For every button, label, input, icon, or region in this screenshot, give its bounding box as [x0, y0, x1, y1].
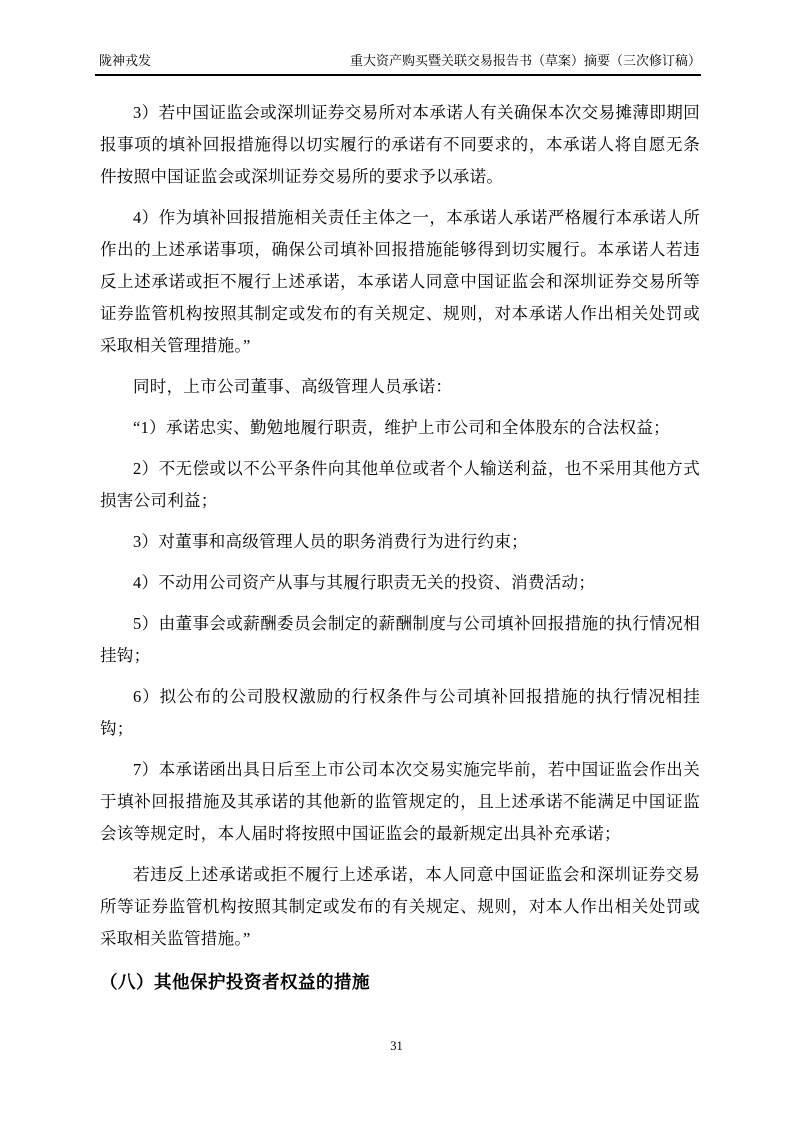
page-footer: 31: [0, 1038, 793, 1054]
body-paragraph: 2）不无偿或以不公平条件向其他单位或者个人输送利益，也不采用其他方式损害公司利益…: [100, 453, 700, 517]
body-paragraph: “1）承诺忠实、勤勉地履行职责，维护上市公司和全体股东的合法权益；: [100, 412, 700, 444]
body-paragraph: 6）拟公布的公司股权激励的行权条件与公司填补回报措施的执行情况相挂钩；: [100, 681, 700, 745]
body-paragraph: 3）对董事和高级管理人员的职务消费行为进行约束；: [100, 526, 700, 558]
body-paragraph: 若违反上述承诺或拒不履行上述承诺，本人同意中国证监会和深圳证券交易所等证券监管机…: [100, 859, 700, 955]
body-paragraph: 5）由董事会或薪酬委员会制定的薪酬制度与公司填补回报措施的执行情况相挂钩；: [100, 608, 700, 672]
body-paragraph: 3）若中国证监会或深圳证券交易所对本承诺人有关确保本次交易摊薄即期回报事项的填补…: [100, 97, 700, 193]
document-body: 3）若中国证监会或深圳证券交易所对本承诺人有关确保本次交易摊薄即期回报事项的填补…: [100, 97, 700, 997]
section-heading: （八）其他保护投资者权益的措施: [100, 967, 700, 997]
body-paragraph: 4）作为填补回报措施相关责任主体之一，本承诺人承诺严格履行本承诺人所作出的上述承…: [100, 202, 700, 362]
header-report-title: 重大资产购买暨关联交易报告书（草案）摘要（三次修订稿）: [350, 53, 701, 69]
page-number: 31: [390, 1039, 403, 1053]
body-paragraph: 4）不动用公司资产从事与其履行职责无关的投资、消费活动；: [100, 567, 700, 599]
page-header: 陇神戎发 重大资产购买暨关联交易报告书（草案）摘要（三次修订稿）: [95, 53, 701, 76]
body-paragraph: 同时，上市公司董事、高级管理人员承诺：: [100, 371, 700, 403]
header-company-name: 陇神戎发: [95, 53, 151, 69]
document-page: 陇神戎发 重大资产购买暨关联交易报告书（草案）摘要（三次修订稿） 3）若中国证监…: [0, 0, 793, 1122]
body-paragraph: 7）本承诺函出具日后至上市公司本次交易实施完毕前，若中国证监会作出关于填补回报措…: [100, 754, 700, 850]
